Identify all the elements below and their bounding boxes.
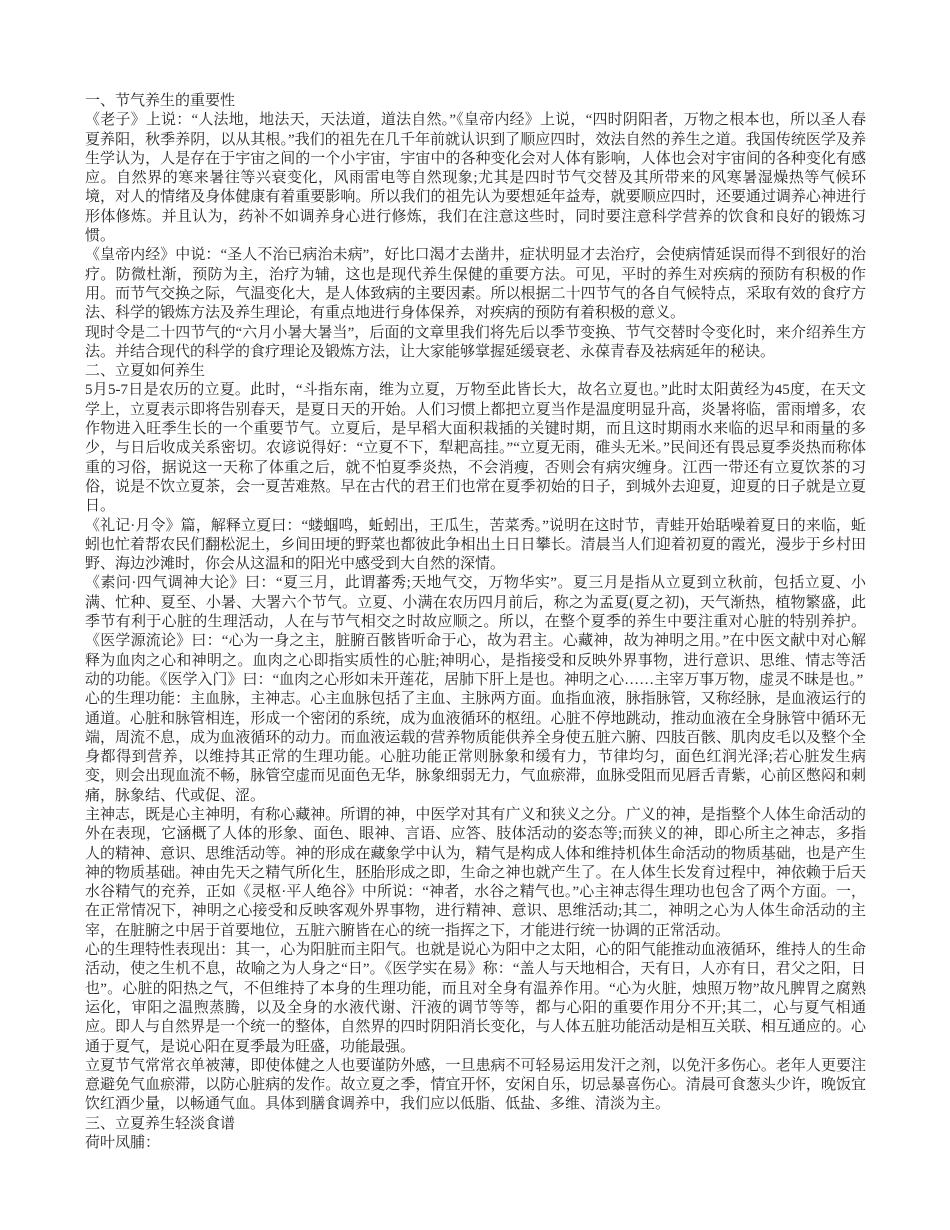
document-page: 一、节气养生的重要性《老子》上说：“人法地，地法天，天法道，道法自然。”《皇帝内… <box>0 0 950 1230</box>
section-heading: 三、立夏养生轻淡食谱 <box>85 1115 866 1134</box>
paragraph: 《老子》上说：“人法地，地法天，天法道，道法自然。”《皇帝内经》上说，“四时阴阳… <box>85 111 866 246</box>
paragraph: 《素问·四气调神大论》曰：“夏三月，此谓蕃秀;天地气交，万物华实”。夏三月是指从… <box>85 574 866 690</box>
paragraph: 立夏节气常常衣单被薄，即使体健之人也要谨防外感，一旦患病不可轻易运用发汗之剂，以… <box>85 1057 866 1115</box>
paragraph: 现时令是二十四节气的“六月小暑大暑当”，后面的文章里我们将先后以季节变换、节气交… <box>85 324 866 363</box>
document-body: 一、节气养生的重要性《老子》上说：“人法地，地法天，天法道，道法自然。”《皇帝内… <box>85 92 866 1153</box>
paragraph: 主神志，既是心主神明，有称心藏神。所谓的神，中医学对其有广义和狭义之分。广义的神… <box>85 806 866 941</box>
paragraph: 荷叶凤脯： <box>85 1134 866 1153</box>
paragraph: 《皇帝内经》中说：“圣人不治已病治未病”，好比口渴才去凿井，症状明显才去治疗，会… <box>85 246 866 323</box>
section-heading: 一、节气养生的重要性 <box>85 92 866 111</box>
paragraph: 5月5-7日是农历的立夏。此时，“斗指东南，维为立夏，万物至此皆长大，故名立夏也… <box>85 381 866 516</box>
section-heading: 二、立夏如何养生 <box>85 362 866 381</box>
paragraph: 《礼记·月令》篇，解释立夏曰：“蝼蝈鸣，蚯蚓出，王瓜生，苦菜秀。”说明在这时节，… <box>85 517 866 575</box>
paragraph: 心的生理功能：主血脉，主神志。心主血脉包括了主血、主脉两方面。血指血液，脉指脉管… <box>85 690 866 806</box>
paragraph: 心的生理特性表现出：其一，心为阳脏而主阳气。也就是说心为阳中之太阳，心的阳气能推… <box>85 941 866 1057</box>
